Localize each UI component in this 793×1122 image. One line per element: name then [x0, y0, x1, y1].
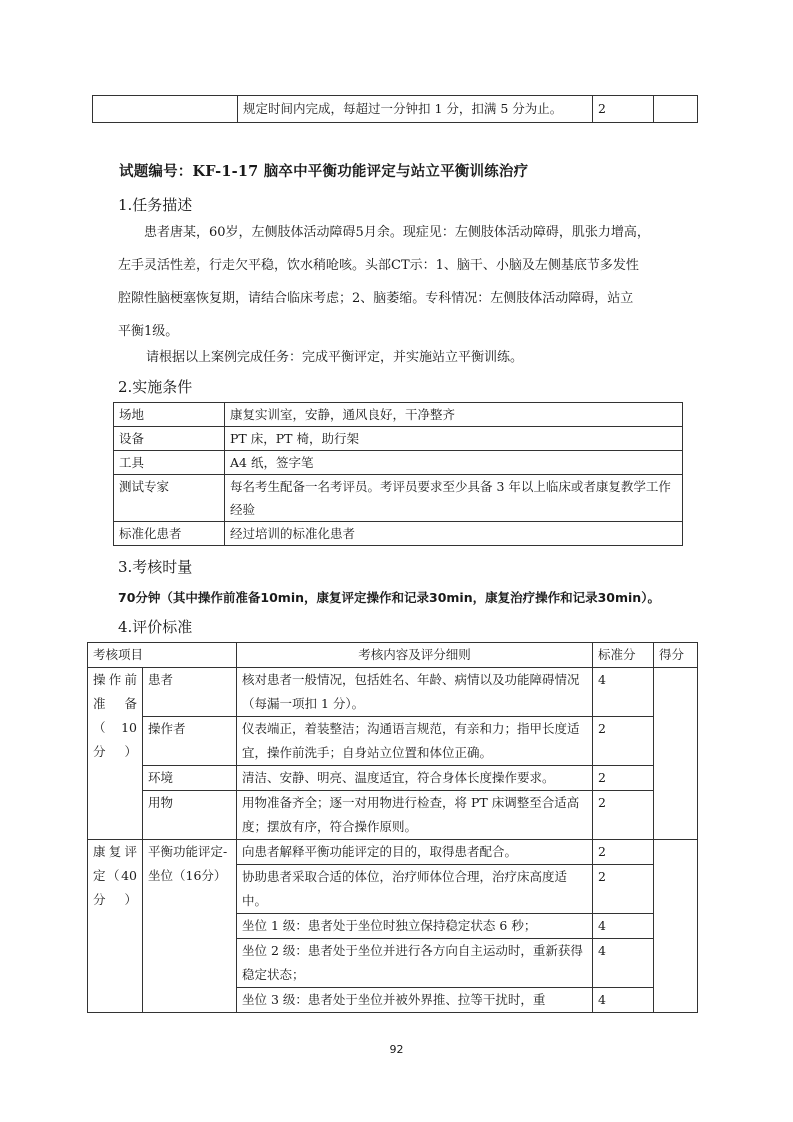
- time-limit-text: 70分钟（其中操作前准备10min，康复评定操作和记录30min，康复治疗操作和…: [118, 588, 660, 606]
- task-line: 平衡1级。: [118, 315, 678, 348]
- previous-table-tail: 规定时间内完成，每超过一分钟扣 1 分，扣满 5 分为止。 2: [92, 95, 698, 123]
- header-item: 考核项目: [88, 643, 237, 668]
- score-cell: [654, 840, 698, 1013]
- header-score: 得分: [654, 643, 698, 668]
- content-cell: 向患者解释平衡功能评定的目的，取得患者配合。: [237, 840, 593, 865]
- condition-label: 标准化患者: [114, 522, 225, 546]
- condition-label: 测试专家: [114, 475, 225, 522]
- condition-value: 每名考生配备一名考评员。考评员要求至少具备 3 年以上临床或者康复教学工作经验: [225, 475, 683, 522]
- table-row: 标准化患者 经过培训的标准化患者: [114, 522, 683, 546]
- table-row: 操作前准备（10分） 患者 核对患者一般情况，包括姓名、年龄、病情以及功能障碍情…: [88, 668, 698, 717]
- table-row: 工具 A4 纸，签字笔: [114, 451, 683, 475]
- subitem-cell: 平衡功能评定-坐位（16分）: [143, 840, 237, 1013]
- item-cell: [93, 96, 238, 123]
- table-row: 测试专家 每名考生配备一名考评员。考评员要求至少具备 3 年以上临床或者康复教学…: [114, 475, 683, 522]
- condition-value: 康复实训室，安静，通风良好，干净整齐: [225, 403, 683, 427]
- standard-score-cell: 4: [593, 939, 654, 988]
- conditions-table: 场地 康复实训室，安静，通风良好，干净整齐 设备 PT 床，PT 椅，助行架 工…: [113, 402, 683, 546]
- table-row: 操作者 仪表端正，着装整洁；沟通语言规范，有亲和力；指甲长度适宜，操作前洗手；自…: [88, 717, 698, 766]
- task-description: 患者唐某，60岁，左侧肢体活动障碍5月余。现症见：左侧肢体活动障碍，肌张力增高，…: [118, 216, 678, 348]
- task-line: 患者唐某，60岁，左侧肢体活动障碍5月余。现症见：左侧肢体活动障碍，肌张力增高，: [118, 216, 678, 249]
- content-cell: 核对患者一般情况，包括姓名、年龄、病情以及功能障碍情况（每漏一项扣 1 分）。: [237, 668, 593, 717]
- standard-score-cell: 2: [593, 865, 654, 914]
- table-row: 场地 康复实训室，安静，通风良好，干净整齐: [114, 403, 683, 427]
- table-row: 设备 PT 床，PT 椅，助行架: [114, 427, 683, 451]
- task-line: 左手灵活性差，行走欠平稳，饮水稍呛咳。头部CT示：1、脑干、小脑及左侧基底节多发…: [118, 249, 678, 282]
- content-cell: 清洁、安静、明亮、温度适宜，符合身体长度操作要求。: [237, 766, 593, 791]
- evaluation-table: 考核项目 考核内容及评分细则 标准分 得分 操作前准备（10分） 患者 核对患者…: [87, 642, 698, 1013]
- condition-value: 经过培训的标准化患者: [225, 522, 683, 546]
- section-heading-conditions: 2.实施条件: [118, 376, 192, 397]
- category-cell: 康复评定（40分）: [88, 840, 143, 1013]
- standard-score-cell: 4: [593, 668, 654, 717]
- table-row: 康复评定（40分） 平衡功能评定-坐位（16分） 向患者解释平衡功能评定的目的，…: [88, 840, 698, 865]
- standard-score-cell: 4: [593, 988, 654, 1013]
- condition-label: 工具: [114, 451, 225, 475]
- score-cell: [654, 96, 698, 123]
- section-heading-criteria: 4.评价标准: [118, 616, 192, 637]
- section-heading-time: 3.考核时量: [118, 556, 192, 577]
- task-line: 腔隙性脑梗塞恢复期，请结合临床考虑；2、脑萎缩。专科情况：左侧肢体活动障碍，站立: [118, 282, 678, 315]
- content-cell: 用物准备齐全；逐一对用物进行检查，将 PT 床调整至合适高度；摆放有序，符合操作…: [237, 791, 593, 840]
- task-request: 请根据以上案例完成任务：完成平衡评定，并实施站立平衡训练。: [146, 346, 523, 365]
- table-row: 规定时间内完成，每超过一分钟扣 1 分，扣满 5 分为止。 2: [93, 96, 698, 123]
- condition-value: A4 纸，签字笔: [225, 451, 683, 475]
- standard-score-cell: 2: [593, 766, 654, 791]
- table-row: 环境 清洁、安静、明亮、温度适宜，符合身体长度操作要求。 2: [88, 766, 698, 791]
- condition-label: 场地: [114, 403, 225, 427]
- content-cell: 坐位 3 级：患者处于坐位并被外界推、拉等干扰时，重: [237, 988, 593, 1013]
- content-cell: 协助患者采取合适的体位，治疗师体位合理，治疗床高度适中。: [237, 865, 593, 914]
- content-cell: 坐位 2 级：患者处于坐位并进行各方向自主运动时，重新获得稳定状态；: [237, 939, 593, 988]
- header-content: 考核内容及评分细则: [237, 643, 593, 668]
- category-cell: 操作前准备（10分）: [88, 668, 143, 840]
- subitem-cell: 操作者: [143, 717, 237, 766]
- content-cell: 规定时间内完成，每超过一分钟扣 1 分，扣满 5 分为止。: [238, 96, 593, 123]
- page-number: 92: [0, 1043, 793, 1056]
- standard-score-cell: 2: [593, 791, 654, 840]
- subitem-cell: 用物: [143, 791, 237, 840]
- standard-score-cell: 2: [593, 96, 654, 123]
- condition-value: PT 床，PT 椅，助行架: [225, 427, 683, 451]
- standard-score-cell: 2: [593, 717, 654, 766]
- condition-label: 设备: [114, 427, 225, 451]
- standard-score-cell: 4: [593, 914, 654, 939]
- standard-score-cell: 2: [593, 840, 654, 865]
- exam-title: 试题编号：KF-1-17 脑卒中平衡功能评定与站立平衡训练治疗: [119, 160, 528, 181]
- score-cell: [654, 668, 698, 840]
- header-standard: 标准分: [593, 643, 654, 668]
- subitem-cell: 环境: [143, 766, 237, 791]
- subitem-cell: 患者: [143, 668, 237, 717]
- table-header-row: 考核项目 考核内容及评分细则 标准分 得分: [88, 643, 698, 668]
- content-cell: 仪表端正，着装整洁；沟通语言规范，有亲和力；指甲长度适宜，操作前洗手；自身站立位…: [237, 717, 593, 766]
- section-heading-task: 1.任务描述: [118, 194, 192, 215]
- content-cell: 坐位 1 级：患者处于坐位时独立保持稳定状态 6 秒；: [237, 914, 593, 939]
- table-row: 用物 用物准备齐全；逐一对用物进行检查，将 PT 床调整至合适高度；摆放有序，符…: [88, 791, 698, 840]
